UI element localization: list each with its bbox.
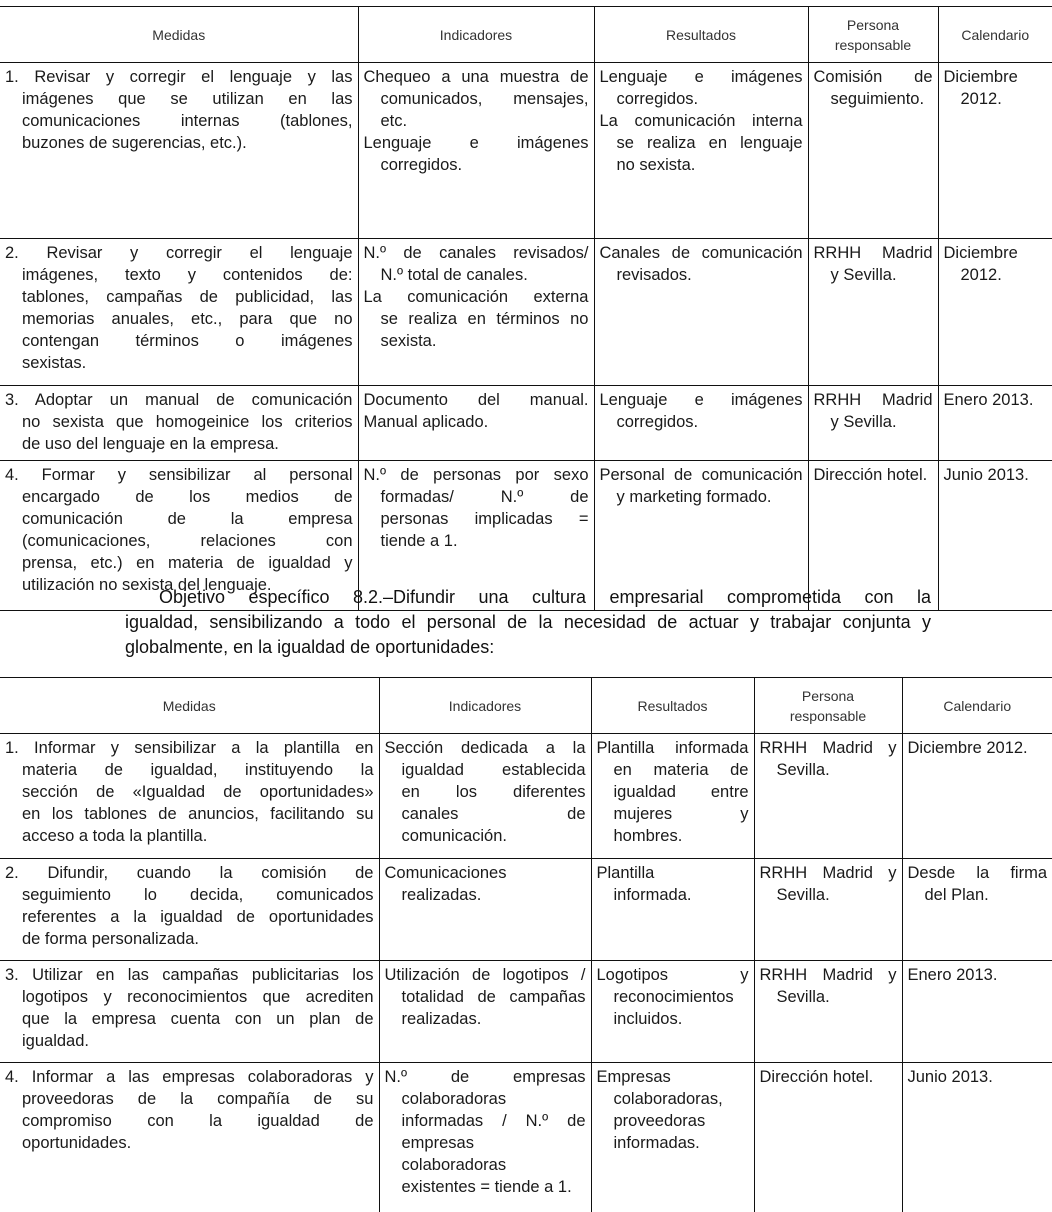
cell-line: RRHH Madrid y xyxy=(760,964,897,986)
cell-line: del Plan. xyxy=(908,884,1048,906)
cell-line: comunicados, mensajes, xyxy=(364,88,589,110)
cell-line: colaboradoras, xyxy=(597,1088,749,1110)
measures-table-objective-8-2: Medidas Indicadores Resultados Persona r… xyxy=(0,677,1052,1212)
cell-line: Personal de comunicación xyxy=(600,464,803,486)
cell-line: 2. Revisar y corregir el lenguaje xyxy=(5,242,353,264)
table-row: 2. Revisar y corregir el lenguajeimágene… xyxy=(0,239,1052,386)
header-calendario: Calendario xyxy=(938,7,1052,63)
header-persona-line2: responsable xyxy=(759,706,898,726)
cell-resultados: Plantilla informadaen materia deigualdad… xyxy=(591,734,754,859)
cell-line: igualdad. xyxy=(5,1030,374,1052)
cell-medidas: 4. Informar a las empresas colaboradoras… xyxy=(0,1063,379,1212)
cell-persona: Dirección hotel. xyxy=(754,1063,902,1212)
cell-line: Canales de comunicación xyxy=(600,242,803,264)
cell-indicadores: N.º de canales revisados/N.º total de ca… xyxy=(358,239,594,386)
cell-line: en materia de xyxy=(597,759,749,781)
header-persona-line1: Persona xyxy=(813,15,934,35)
cell-line: en los tablones de anuncios, facilitando… xyxy=(5,803,374,825)
table-row: 2. Difundir, cuando la comisión deseguim… xyxy=(0,859,1052,961)
header-resultados: Resultados xyxy=(591,678,754,734)
cell-line: realizadas. xyxy=(385,884,586,906)
cell-line: 4. Informar a las empresas colaboradoras… xyxy=(5,1066,374,1088)
cell-persona: RRHH Madrid ySevilla. xyxy=(754,734,902,859)
cell-line: colaboradoras xyxy=(385,1154,586,1176)
cell-calendario: Diciembre 2012. xyxy=(902,734,1052,859)
cell-medidas: 3. Adoptar un manual de comunicaciónno s… xyxy=(0,386,358,461)
cell-line: no sexista. xyxy=(600,154,803,176)
cell-line: encargado de los medios de xyxy=(5,486,353,508)
cell-line: en los diferentes xyxy=(385,781,586,803)
cell-line: RRHH Madrid xyxy=(814,242,933,264)
cell-calendario: Diciembre2012. xyxy=(938,63,1052,239)
cell-calendario: Enero 2013. xyxy=(938,386,1052,461)
cell-medidas: 2. Revisar y corregir el lenguajeimágene… xyxy=(0,239,358,386)
cell-line: corregidos. xyxy=(364,154,589,176)
cell-line: Diciembre xyxy=(944,66,1048,88)
cell-line: igualdad establecida xyxy=(385,759,586,781)
cell-line: tablones, campañas de publicidad, las xyxy=(5,286,353,308)
cell-line: empresas xyxy=(385,1132,586,1154)
cell-line: Junio 2013. xyxy=(908,1066,1048,1088)
cell-medidas: 1. Informar y sensibilizar a la plantill… xyxy=(0,734,379,859)
objective-line: Objetivo específico 8.2.–Difundir una cu… xyxy=(125,585,931,610)
cell-line: comunicación de la empresa xyxy=(5,508,353,530)
cell-line: etc. xyxy=(364,110,589,132)
cell-line: Empresas xyxy=(597,1066,749,1088)
header-persona-line2: responsable xyxy=(813,35,934,55)
cell-resultados: Logotipos yreconocimientosincluidos. xyxy=(591,961,754,1063)
table-body: 1. Revisar y corregir el lenguaje y lasi… xyxy=(0,63,1052,611)
cell-line: Manual aplicado. xyxy=(364,411,589,433)
cell-persona: RRHH Madrid ySevilla. xyxy=(754,859,902,961)
cell-line: igualdad entre xyxy=(597,781,749,803)
cell-line: Enero 2013. xyxy=(908,964,1048,986)
cell-resultados: Canales de comunicaciónrevisados. xyxy=(594,239,808,386)
cell-line: informada. xyxy=(597,884,749,906)
cell-line: personas implicadas = xyxy=(364,508,589,530)
cell-line: revisados. xyxy=(600,264,803,286)
cell-line: N.º total de canales. xyxy=(364,264,589,286)
cell-line: materia de igualdad, instituyendo la xyxy=(5,759,374,781)
cell-line: Dirección hotel. xyxy=(760,1066,897,1088)
cell-line: seguimiento. xyxy=(814,88,933,110)
cell-line: reconocimientos xyxy=(597,986,749,1008)
cell-line: de uso del lenguaje en la empresa. xyxy=(5,433,353,455)
cell-calendario: Diciembre2012. xyxy=(938,239,1052,386)
cell-line: mujeres y xyxy=(597,803,749,825)
cell-line: proveedoras de la compañía de su xyxy=(5,1088,374,1110)
cell-resultados: Lenguaje e imágenescorregidos. xyxy=(594,386,808,461)
cell-line: N.º de empresas xyxy=(385,1066,586,1088)
cell-persona: RRHH Madridy Sevilla. xyxy=(808,386,938,461)
cell-medidas: 1. Revisar y corregir el lenguaje y lasi… xyxy=(0,63,358,239)
cell-persona: RRHH Madrid ySevilla. xyxy=(754,961,902,1063)
cell-line: memorias anuales, etc., para que no xyxy=(5,308,353,330)
cell-line: de forma personalizada. xyxy=(5,928,374,950)
cell-line: Lenguaje e imágenes xyxy=(364,132,589,154)
cell-line: formadas/ N.º de xyxy=(364,486,589,508)
cell-line: prensa, etc.) en materia de igualdad y xyxy=(5,552,353,574)
cell-line: Dirección hotel. xyxy=(814,464,933,486)
cell-line: y marketing formado. xyxy=(600,486,803,508)
table-row: 3. Utilizar en las campañas publicitaria… xyxy=(0,961,1052,1063)
cell-line: canales de xyxy=(385,803,586,825)
cell-line: Sevilla. xyxy=(760,986,897,1008)
cell-line: buzones de sugerencias, etc.). xyxy=(5,132,353,154)
cell-line: (comunicaciones, relaciones con xyxy=(5,530,353,552)
cell-line: La comunicación interna xyxy=(600,110,803,132)
cell-persona: Comisión deseguimiento. xyxy=(808,63,938,239)
cell-line: proveedoras xyxy=(597,1110,749,1132)
table-header-row: Medidas Indicadores Resultados Persona r… xyxy=(0,678,1052,734)
cell-line: Comunicaciones xyxy=(385,862,586,884)
cell-line: comunicación. xyxy=(385,825,586,847)
cell-line: logotipos y reconocimientos que acredite… xyxy=(5,986,374,1008)
header-medidas: Medidas xyxy=(0,678,379,734)
cell-line: comunicaciones internas (tablones, xyxy=(5,110,353,132)
cell-line: corregidos. xyxy=(600,88,803,110)
objective-line: globalmente, en la igualdad de oportunid… xyxy=(125,635,931,660)
cell-line: Enero 2013. xyxy=(944,389,1048,411)
cell-line: corregidos. xyxy=(600,411,803,433)
cell-calendario: Enero 2013. xyxy=(902,961,1052,1063)
cell-line: Junio 2013. xyxy=(944,464,1048,486)
cell-resultados: Plantillainformada. xyxy=(591,859,754,961)
cell-line: Lenguaje e imágenes xyxy=(600,66,803,88)
cell-line: sexistas. xyxy=(5,352,353,374)
cell-line: Desde la firma xyxy=(908,862,1048,884)
cell-line: existentes = tiende a 1. xyxy=(385,1176,586,1198)
cell-line: informadas. xyxy=(597,1132,749,1154)
cell-line: 1. Informar y sensibilizar a la plantill… xyxy=(5,737,374,759)
cell-line: RRHH Madrid y xyxy=(760,862,897,884)
cell-line: y Sevilla. xyxy=(814,264,933,286)
header-persona-line1: Persona xyxy=(759,686,898,706)
cell-line: N.º de canales revisados/ xyxy=(364,242,589,264)
cell-line: Sección dedicada a la xyxy=(385,737,586,759)
cell-line: La comunicación externa xyxy=(364,286,589,308)
cell-calendario: Junio 2013. xyxy=(902,1063,1052,1212)
cell-line: referentes a la igualdad de oportunidade… xyxy=(5,906,374,928)
cell-line: hombres. xyxy=(597,825,749,847)
cell-line: tiende a 1. xyxy=(364,530,589,552)
table-row: 1. Revisar y corregir el lenguaje y lasi… xyxy=(0,63,1052,239)
cell-line: se realiza en términos no xyxy=(364,308,589,330)
cell-calendario: Junio 2013. xyxy=(938,461,1052,611)
cell-line: realizadas. xyxy=(385,1008,586,1030)
cell-line: Diciembre xyxy=(944,242,1048,264)
cell-line: seguimiento lo decida, comunicados xyxy=(5,884,374,906)
cell-line: sección de «Igualdad de oportunidades» xyxy=(5,781,374,803)
cell-line: 3. Adoptar un manual de comunicación xyxy=(5,389,353,411)
cell-indicadores: N.º de empresascolaboradorasinformadas /… xyxy=(379,1063,591,1212)
cell-indicadores: Chequeo a una muestra decomunicados, men… xyxy=(358,63,594,239)
table-body: 1. Informar y sensibilizar a la plantill… xyxy=(0,734,1052,1212)
cell-line: RRHH Madrid y xyxy=(760,737,897,759)
cell-line: 2012. xyxy=(944,264,1048,286)
cell-line: contengan términos o imágenes xyxy=(5,330,353,352)
cell-line: imágenes, texto y contenidos de: xyxy=(5,264,353,286)
cell-line: Comisión de xyxy=(814,66,933,88)
cell-line: informadas / N.º de xyxy=(385,1110,586,1132)
cell-line: y Sevilla. xyxy=(814,411,933,433)
cell-indicadores: Utilización de logotipos /totalidad de c… xyxy=(379,961,591,1063)
cell-line: Sevilla. xyxy=(760,759,897,781)
cell-line: compromiso con la igualdad de xyxy=(5,1110,374,1132)
header-persona-responsable: Persona responsable xyxy=(808,7,938,63)
cell-indicadores: Sección dedicada a laigualdad establecid… xyxy=(379,734,591,859)
header-indicadores: Indicadores xyxy=(358,7,594,63)
cell-line: RRHH Madrid xyxy=(814,389,933,411)
cell-persona: RRHH Madridy Sevilla. xyxy=(808,239,938,386)
cell-line: se realiza en lenguaje xyxy=(600,132,803,154)
cell-line: Utilización de logotipos / xyxy=(385,964,586,986)
header-calendario: Calendario xyxy=(902,678,1052,734)
cell-line: Sevilla. xyxy=(760,884,897,906)
header-indicadores: Indicadores xyxy=(379,678,591,734)
cell-line: que la empresa cuenta con un plan de xyxy=(5,1008,374,1030)
cell-calendario: Desde la firmadel Plan. xyxy=(902,859,1052,961)
cell-line: no sexista que homogeinice los criterios xyxy=(5,411,353,433)
cell-line: Chequeo a una muestra de xyxy=(364,66,589,88)
objective-8-2-paragraph: Objetivo específico 8.2.–Difundir una cu… xyxy=(125,585,931,660)
cell-line: Logotipos y xyxy=(597,964,749,986)
header-persona-responsable: Persona responsable xyxy=(754,678,902,734)
cell-line: 4. Formar y sensibilizar al personal xyxy=(5,464,353,486)
cell-line: N.º de personas por sexo xyxy=(364,464,589,486)
table-row: 3. Adoptar un manual de comunicaciónno s… xyxy=(0,386,1052,461)
cell-line: Plantilla xyxy=(597,862,749,884)
measures-table-objective-8-1: Medidas Indicadores Resultados Persona r… xyxy=(0,6,1052,611)
cell-medidas: 3. Utilizar en las campañas publicitaria… xyxy=(0,961,379,1063)
cell-line: imágenes que se utilizan en las xyxy=(5,88,353,110)
cell-indicadores: Comunicacionesrealizadas. xyxy=(379,859,591,961)
cell-line: incluidos. xyxy=(597,1008,749,1030)
cell-line: totalidad de campañas xyxy=(385,986,586,1008)
cell-line: Diciembre 2012. xyxy=(908,737,1048,759)
cell-medidas: 2. Difundir, cuando la comisión deseguim… xyxy=(0,859,379,961)
cell-line: colaboradoras xyxy=(385,1088,586,1110)
cell-line: 2012. xyxy=(944,88,1048,110)
cell-line: 2. Difundir, cuando la comisión de xyxy=(5,862,374,884)
header-medidas: Medidas xyxy=(0,7,358,63)
cell-line: Documento del manual. xyxy=(364,389,589,411)
cell-indicadores: Documento del manual.Manual aplicado. xyxy=(358,386,594,461)
cell-line: 3. Utilizar en las campañas publicitaria… xyxy=(5,964,374,986)
table-row: 4. Informar a las empresas colaboradoras… xyxy=(0,1063,1052,1212)
table-row: 1. Informar y sensibilizar a la plantill… xyxy=(0,734,1052,859)
cell-line: 1. Revisar y corregir el lenguaje y las xyxy=(5,66,353,88)
cell-resultados: Lenguaje e imágenescorregidos.La comunic… xyxy=(594,63,808,239)
cell-line: acceso a toda la plantilla. xyxy=(5,825,374,847)
objective-line: igualdad, sensibilizando a todo el perso… xyxy=(125,610,931,635)
cell-line: sexista. xyxy=(364,330,589,352)
table-header-row: Medidas Indicadores Resultados Persona r… xyxy=(0,7,1052,63)
header-resultados: Resultados xyxy=(594,7,808,63)
cell-line: oportunidades. xyxy=(5,1132,374,1154)
cell-resultados: Empresascolaboradoras,proveedorasinforma… xyxy=(591,1063,754,1212)
cell-line: Plantilla informada xyxy=(597,737,749,759)
cell-line: Lenguaje e imágenes xyxy=(600,389,803,411)
